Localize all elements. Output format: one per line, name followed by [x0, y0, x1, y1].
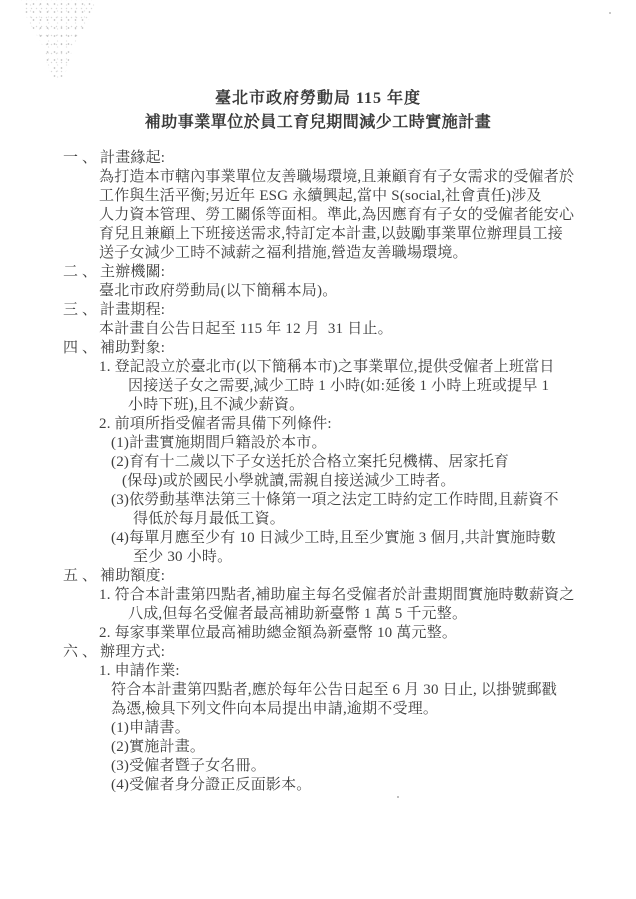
section-5-heading: 五、補助額度:: [0, 567, 636, 586]
document-title-line2: 補助事業單位於員工育兒期間減少工時實施計畫: [0, 109, 636, 132]
list-item-line: 因接送子女之需要,減少工時 1 小時(如:延後 1 小時上班或提早 1: [0, 377, 636, 396]
body-line: 本計畫自公告日起至 115 年 12 月 31 日止。: [0, 320, 636, 339]
list-item-line: 八成,但每名受僱者最高補助新臺幣 1 萬 5 千元整。: [0, 605, 636, 624]
sub-item-line: 至少 30 小時。: [0, 548, 636, 567]
body-line: 符合本計畫第四點者,應於每年公告日起至 6 月 30 日止, 以掛號郵戳: [0, 681, 636, 700]
body-line: 人力資本管理、勞工關係等面相。準此,為因應育有子女的受僱者能安心: [0, 206, 636, 225]
sub-item-line: (1)計畫實施期間戶籍設於本市。: [0, 434, 636, 453]
section-heading-text: 主辦機關:: [100, 264, 165, 280]
body-line: 為打造本市轄內事業單位友善職場環境,且兼顧育有子女需求的受僱者於: [0, 168, 636, 187]
sub-item-line: (4)每單月應至少有 10 日減少工時,且至少實施 3 個月,共計實施時數: [0, 529, 636, 548]
document-page: 臺北市政府勞動局 115 年度 補助事業單位於員工育兒期間減少工時實施計畫 一、…: [0, 0, 636, 899]
section-4-heading: 四、補助對象:: [0, 339, 636, 358]
section-3-heading: 三、計畫期程:: [0, 301, 636, 320]
section-marker: 五、: [63, 567, 100, 586]
sub-item-line: (3)依勞動基準法第三十條第一項之法定工時約定工作時間,且薪資不: [0, 491, 636, 510]
list-item-line: 小時下班),且不減少薪資。: [0, 396, 636, 415]
list-item-line: 1. 申請作業:: [0, 662, 636, 681]
section-marker: 六、: [63, 643, 100, 662]
body-line: 臺北市政府勞動局(以下簡稱本局)。: [0, 282, 636, 301]
list-item-line: 1. 符合本計畫第四點者,補助雇主每名受僱者於計畫期間實施時數薪資之: [0, 586, 636, 605]
section-marker: 四、: [63, 339, 100, 358]
section-2-heading: 二、主辦機關:: [0, 263, 636, 282]
section-heading-text: 補助對象:: [100, 340, 165, 356]
body-line: 育兒且兼顧上下班接送需求,特訂定本計畫,以鼓勵事業單位辦理員工接: [0, 225, 636, 244]
scan-speck: [397, 796, 399, 798]
sub-item-line: (4)受僱者身分證正反面影本。: [0, 776, 636, 795]
section-marker: 二、: [63, 263, 100, 282]
sub-item-line: (保母)或於國民小學就讀,需親自接送減少工時者。: [0, 472, 636, 491]
section-marker: 三、: [63, 301, 100, 320]
scan-speck: [609, 12, 611, 14]
section-heading-text: 計畫期程:: [100, 302, 165, 318]
section-heading-text: 補助額度:: [100, 568, 165, 584]
document-body: 一、計畫緣起: 為打造本市轄內事業單位友善職場環境,且兼顧育有子女需求的受僱者於…: [0, 149, 636, 795]
sub-item-line: 得低於每月最低工資。: [0, 510, 636, 529]
list-item-line: 2. 每家事業單位最高補助總金額為新臺幣 10 萬元整。: [0, 624, 636, 643]
section-1-heading: 一、計畫緣起:: [0, 149, 636, 168]
scan-noise-artifact: [16, 0, 96, 78]
document-title-line1: 臺北市政府勞動局 115 年度: [0, 85, 636, 108]
body-line: 送子女減少工時不減薪之福利措施,營造友善職場環境。: [0, 244, 636, 263]
body-line: 工作與生活平衡;另近年 ESG 永續興起,當中 S(social,社會責任)涉及: [0, 187, 636, 206]
section-6-heading: 六、辦理方式:: [0, 643, 636, 662]
list-item-line: 1. 登記設立於臺北市(以下簡稱本市)之事業單位,提供受僱者上班當日: [0, 358, 636, 377]
sub-item-line: (2)實施計畫。: [0, 738, 636, 757]
section-heading-text: 辦理方式:: [100, 644, 165, 660]
sub-item-line: (3)受僱者暨子女名冊。: [0, 757, 636, 776]
section-marker: 一、: [63, 149, 100, 168]
section-heading-text: 計畫緣起:: [100, 150, 165, 166]
list-item-line: 2. 前項所指受僱者需具備下列條件:: [0, 415, 636, 434]
body-line: 為憑,檢具下列文件向本局提出申請,逾期不受理。: [0, 700, 636, 719]
sub-item-line: (1)申請書。: [0, 719, 636, 738]
sub-item-line: (2)育有十二歲以下子女送托於合格立案托兒機構、居家托育: [0, 453, 636, 472]
